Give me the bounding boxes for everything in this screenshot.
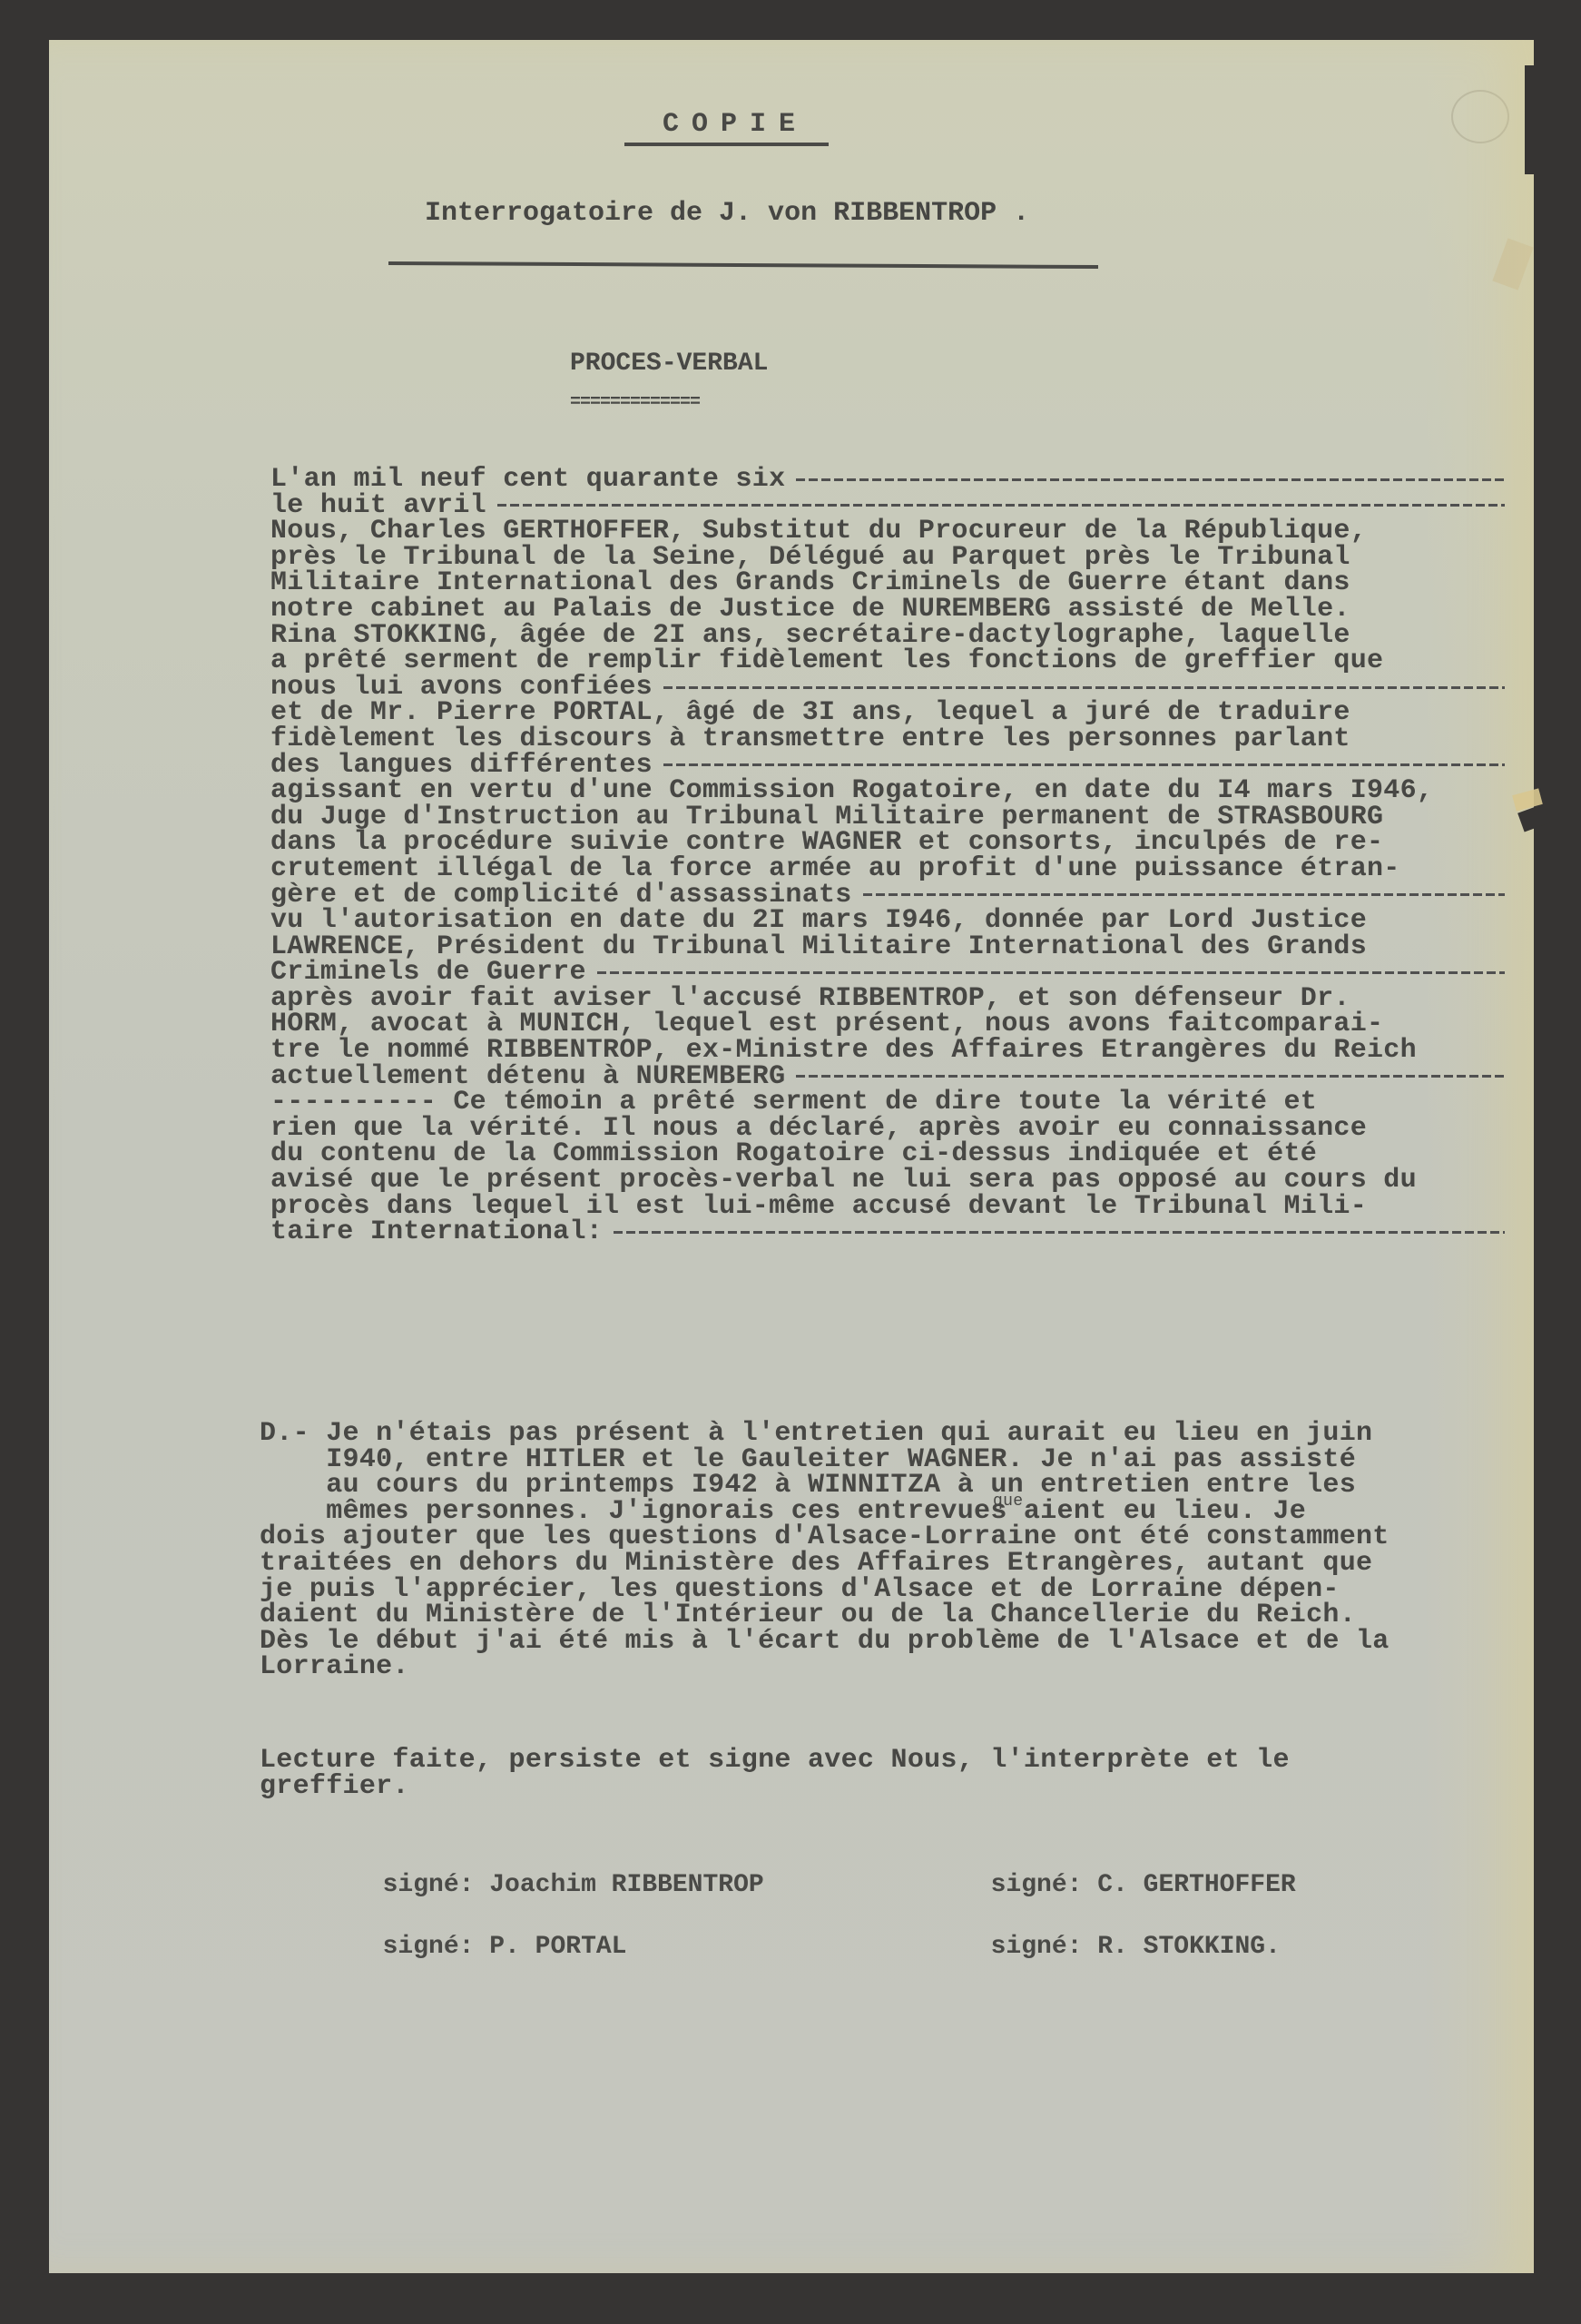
line-text: près le Tribunal de la Seine, Délégué au…: [270, 545, 1350, 571]
line-text: taire International:: [270, 1219, 603, 1246]
line-text: avisé que le présent procès-verbal ne lu…: [270, 1167, 1417, 1194]
line-text: tre le nommé RIBBENTROP, ex-Ministre des…: [270, 1038, 1417, 1064]
section-title-underline: =============: [570, 392, 700, 413]
signature-name: P. PORTAL: [489, 1933, 626, 1961]
preamble-line: nous lui avons confiées: [270, 675, 1523, 701]
preamble-line: rien que la vérité. Il nous a déclaré, a…: [270, 1116, 1523, 1142]
preamble-line: fidèlement les discours à transmettre en…: [270, 726, 1523, 753]
preamble-line: gère et de complicité d'assassinats: [270, 882, 1523, 909]
torn-edge: [1534, 174, 1581, 292]
preamble-line: ---------- Ce témoin a prêté serment de …: [270, 1089, 1523, 1116]
preamble-line: a prêté serment de remplir fidèlement le…: [270, 648, 1523, 675]
preamble-line: vu l'autorisation en date du 2I mars I94…: [270, 908, 1523, 934]
preamble-line: procès dans lequel il est lui-même accus…: [270, 1194, 1523, 1220]
deposition-line: dois ajouter que les questions d'Alsace-…: [260, 1524, 1530, 1551]
preamble-line: après avoir fait aviser l'accusé RIBBENT…: [270, 986, 1523, 1012]
line-text: du contenu de la Commission Rogatoire ci…: [270, 1141, 1317, 1167]
line-text: du Juge d'Instruction au Tribunal Milita…: [270, 804, 1383, 831]
signature-stokking: signé: R. STOKKING.: [960, 1905, 1281, 1961]
dash-fill: [497, 504, 1505, 507]
deposition-paragraph: D.- Je n'étais pas présent à l'entretien…: [260, 1421, 1530, 1680]
deposition-line: Dès le début j'ai été mis à l'écart du p…: [260, 1629, 1530, 1655]
line-text: agissant en vertu d'une Commission Rogat…: [270, 778, 1433, 804]
signature-label: signé:: [991, 1933, 1083, 1961]
deposition-line: traitées en dehors du Ministère des Affa…: [260, 1551, 1530, 1577]
preamble-paragraph: L'an mil neuf cent quarante sixle huit a…: [270, 467, 1523, 1246]
deposition-line: mêmes personnes. J'ignorais ces entrevue…: [260, 1499, 1530, 1525]
preamble-line: actuellement détenu à NUREMBERG: [270, 1064, 1523, 1090]
line-text: nous lui avons confiées: [270, 675, 653, 701]
signature-ribbentrop: signé: Joachim RIBBENTROP: [352, 1843, 764, 1899]
dash-fill: [597, 971, 1505, 974]
line-text: après avoir fait aviser l'accusé RIBBENT…: [270, 986, 1350, 1012]
preamble-line: du contenu de la Commission Rogatoire ci…: [270, 1141, 1523, 1167]
signature-label: signé:: [383, 1933, 475, 1961]
paper-stain: [1451, 90, 1509, 143]
line-text: et de Mr. Pierre PORTAL, âgé de 3I ans, …: [270, 700, 1350, 726]
line-text: notre cabinet au Palais de Justice de NU…: [270, 596, 1350, 623]
closing-line: greffier.: [260, 1774, 1290, 1800]
preamble-line: du Juge d'Instruction au Tribunal Milita…: [270, 804, 1523, 831]
preamble-line: Militaire International des Grands Crimi…: [270, 570, 1523, 596]
preamble-line: des langues différentes: [270, 753, 1523, 779]
deposition-line: Lorraine.: [260, 1654, 1530, 1680]
torn-edge: [1525, 65, 1581, 174]
header-underline: [624, 143, 829, 146]
preamble-line: HORM, avocat à MUNICH, lequel est présen…: [270, 1011, 1523, 1038]
signature-name: C. GERTHOFFER: [1097, 1871, 1295, 1899]
line-text: des langues différentes: [270, 753, 653, 779]
preamble-line: dans la procédure suivie contre WAGNER e…: [270, 830, 1523, 856]
dash-fill: [614, 1231, 1505, 1234]
preamble-line: agissant en vertu d'une Commission Rogat…: [270, 778, 1523, 804]
deposition-line: D.- Je n'étais pas présent à l'entretien…: [260, 1421, 1530, 1447]
document-title: Interrogatoire de J. von RIBBENTROP .: [425, 198, 1029, 229]
preamble-line: L'an mil neuf cent quarante six: [270, 467, 1523, 493]
closing-line: Lecture faite, persiste et signe avec No…: [260, 1748, 1290, 1774]
interlinear-insert: que: [993, 1489, 1023, 1515]
line-text: procès dans lequel il est lui-même accus…: [270, 1194, 1367, 1220]
preamble-line: tre le nommé RIBBENTROP, ex-Ministre des…: [270, 1038, 1523, 1064]
deposition-line: I940, entre HITLER et le Gauleiter WAGNE…: [260, 1447, 1530, 1473]
dash-fill: [796, 478, 1505, 481]
copy-header: COPIE: [663, 109, 808, 140]
dash-fill: [796, 1075, 1505, 1078]
preamble-line: et de Mr. Pierre PORTAL, âgé de 3I ans, …: [270, 700, 1523, 726]
dash-fill: [663, 763, 1505, 766]
preamble-line: Nous, Charles GERTHOFFER, Substitut du P…: [270, 518, 1523, 545]
signature-gerthoffer: signé: C. GERTHOFFER: [960, 1843, 1296, 1899]
line-text: a prêté serment de remplir fidèlement le…: [270, 648, 1383, 675]
line-text: dans la procédure suivie contre WAGNER e…: [270, 830, 1383, 856]
line-text: Militaire International des Grands Crimi…: [270, 570, 1350, 596]
deposition-line: daient du Ministère de l'Intérieur ou de…: [260, 1602, 1530, 1629]
line-text: rien que la vérité. Il nous a déclaré, a…: [270, 1116, 1367, 1142]
preamble-line: Rina STOKKING, âgée de 2I ans, secrétair…: [270, 623, 1523, 649]
line-text: fidèlement les discours à transmettre en…: [270, 726, 1350, 753]
signature-name: R. STOKKING.: [1097, 1933, 1281, 1961]
closing-statement: Lecture faite, persiste et signe avec No…: [260, 1748, 1290, 1799]
preamble-line: le huit avril: [270, 493, 1523, 519]
line-text: Nous, Charles GERTHOFFER, Substitut du P…: [270, 518, 1367, 545]
section-title: PROCES-VERBAL: [570, 350, 768, 378]
line-text: L'an mil neuf cent quarante six: [270, 467, 785, 493]
deposition-line: au cours du printemps I942 à WINNITZA à …: [260, 1472, 1530, 1499]
line-text: HORM, avocat à MUNICH, lequel est présen…: [270, 1011, 1383, 1038]
signature-name: Joachim RIBBENTROP: [489, 1871, 763, 1899]
signature-portal: signé: P. PORTAL: [352, 1905, 626, 1961]
dash-fill: [863, 893, 1505, 896]
preamble-line: taire International:: [270, 1219, 1523, 1246]
line-text: Rina STOKKING, âgée de 2I ans, secrétair…: [270, 623, 1350, 649]
preamble-line: notre cabinet au Palais de Justice de NU…: [270, 596, 1523, 623]
signature-label: signé:: [383, 1871, 475, 1899]
dash-fill: [663, 686, 1505, 689]
tape-fragment: [1492, 238, 1533, 290]
deposition-line: je puis l'apprécier, les questions d'Als…: [260, 1577, 1530, 1603]
preamble-line: près le Tribunal de la Seine, Délégué au…: [270, 545, 1523, 571]
preamble-line: LAWRENCE, Président du Tribunal Militair…: [270, 934, 1523, 960]
line-text: crutement illégal de la force armée au p…: [270, 856, 1400, 882]
line-text: actuellement détenu à NUREMBERG: [270, 1064, 785, 1090]
line-text: LAWRENCE, Président du Tribunal Militair…: [270, 934, 1367, 960]
line-text: vu l'autorisation en date du 2I mars I94…: [270, 908, 1367, 934]
preamble-line: avisé que le présent procès-verbal ne lu…: [270, 1167, 1523, 1194]
line-text: Criminels de Guerre: [270, 960, 586, 986]
signature-label: signé:: [991, 1871, 1083, 1899]
line-text: le huit avril: [270, 493, 486, 519]
line-text: gère et de complicité d'assassinats: [270, 882, 852, 909]
line-text: ---------- Ce témoin a prêté serment de …: [270, 1089, 1317, 1116]
preamble-line: Criminels de Guerre: [270, 960, 1523, 986]
preamble-line: crutement illégal de la force armée au p…: [270, 856, 1523, 882]
